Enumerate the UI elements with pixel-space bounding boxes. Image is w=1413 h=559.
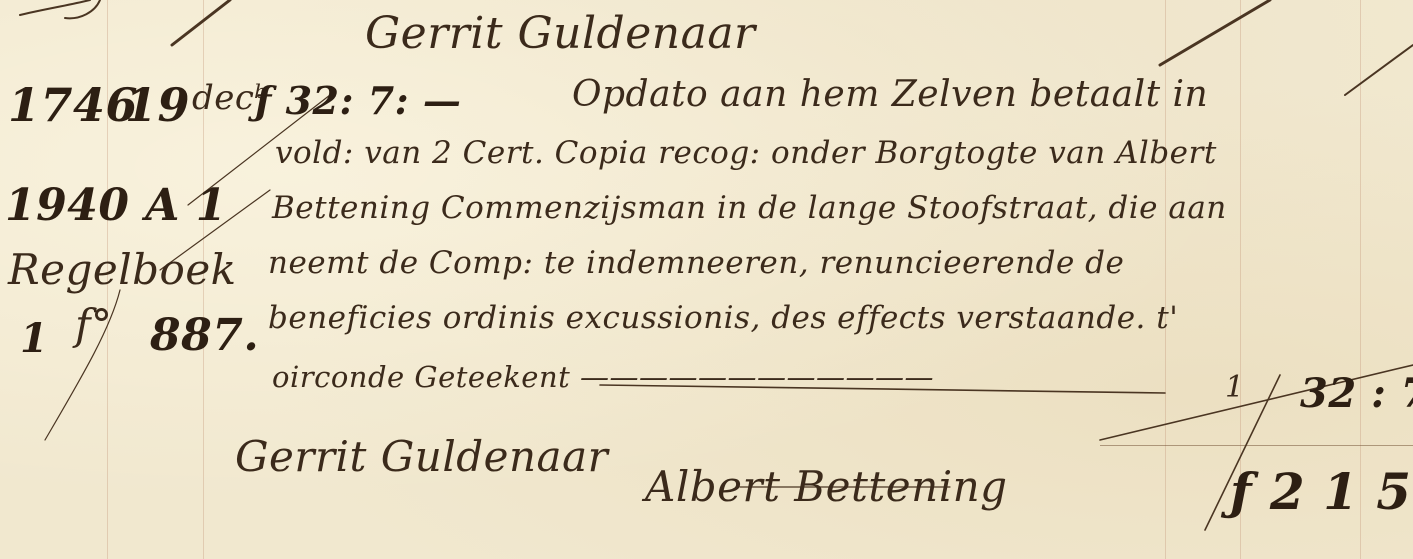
register-name: Regelboek: [8, 245, 237, 294]
entry-line-1: Opdato aan hem Zelven betaalt in: [572, 74, 1208, 115]
entry-line-5: beneficies ordinis excussionis, des effe…: [268, 300, 1178, 336]
entry-line-3: Bettening Commenzijsman in de lange Stoo…: [272, 190, 1227, 226]
ledger-page: Gerrit Guldenaar 1746 19 decᵇ 1940 A 1 R…: [0, 0, 1413, 559]
folio-number: 887.: [150, 310, 259, 361]
line-amount: 32 : 7: [1300, 370, 1413, 417]
folio-label: f°: [75, 300, 113, 349]
entry-line-4: neemt de Comp: te indemneeren, renunciee…: [268, 245, 1124, 281]
entry-day: 19: [125, 78, 190, 132]
line-amount-mark: 1: [1225, 370, 1245, 405]
register-volume: 1: [20, 315, 48, 362]
signature-gerrit-guldenaar: Gerrit Guldenaar: [235, 432, 608, 481]
entry-line-2: vold: van 2 Cert. Copia recog: onder Bor…: [275, 135, 1217, 171]
signature-albert-bettening: Albert Bettening: [645, 462, 1008, 511]
total-rule: [1100, 445, 1413, 446]
account-name-heading: Gerrit Guldenaar: [365, 8, 756, 59]
entry-amount-prefix: ƒ 32: 7: —: [255, 78, 461, 123]
reference-number: 1940 A 1: [5, 180, 227, 231]
entry-year: 1746: [8, 78, 138, 132]
total-amount: ƒ 2 1 5 : 2: [1230, 462, 1413, 521]
entry-line-6: oirconde Geteekent ————————————: [272, 360, 934, 394]
